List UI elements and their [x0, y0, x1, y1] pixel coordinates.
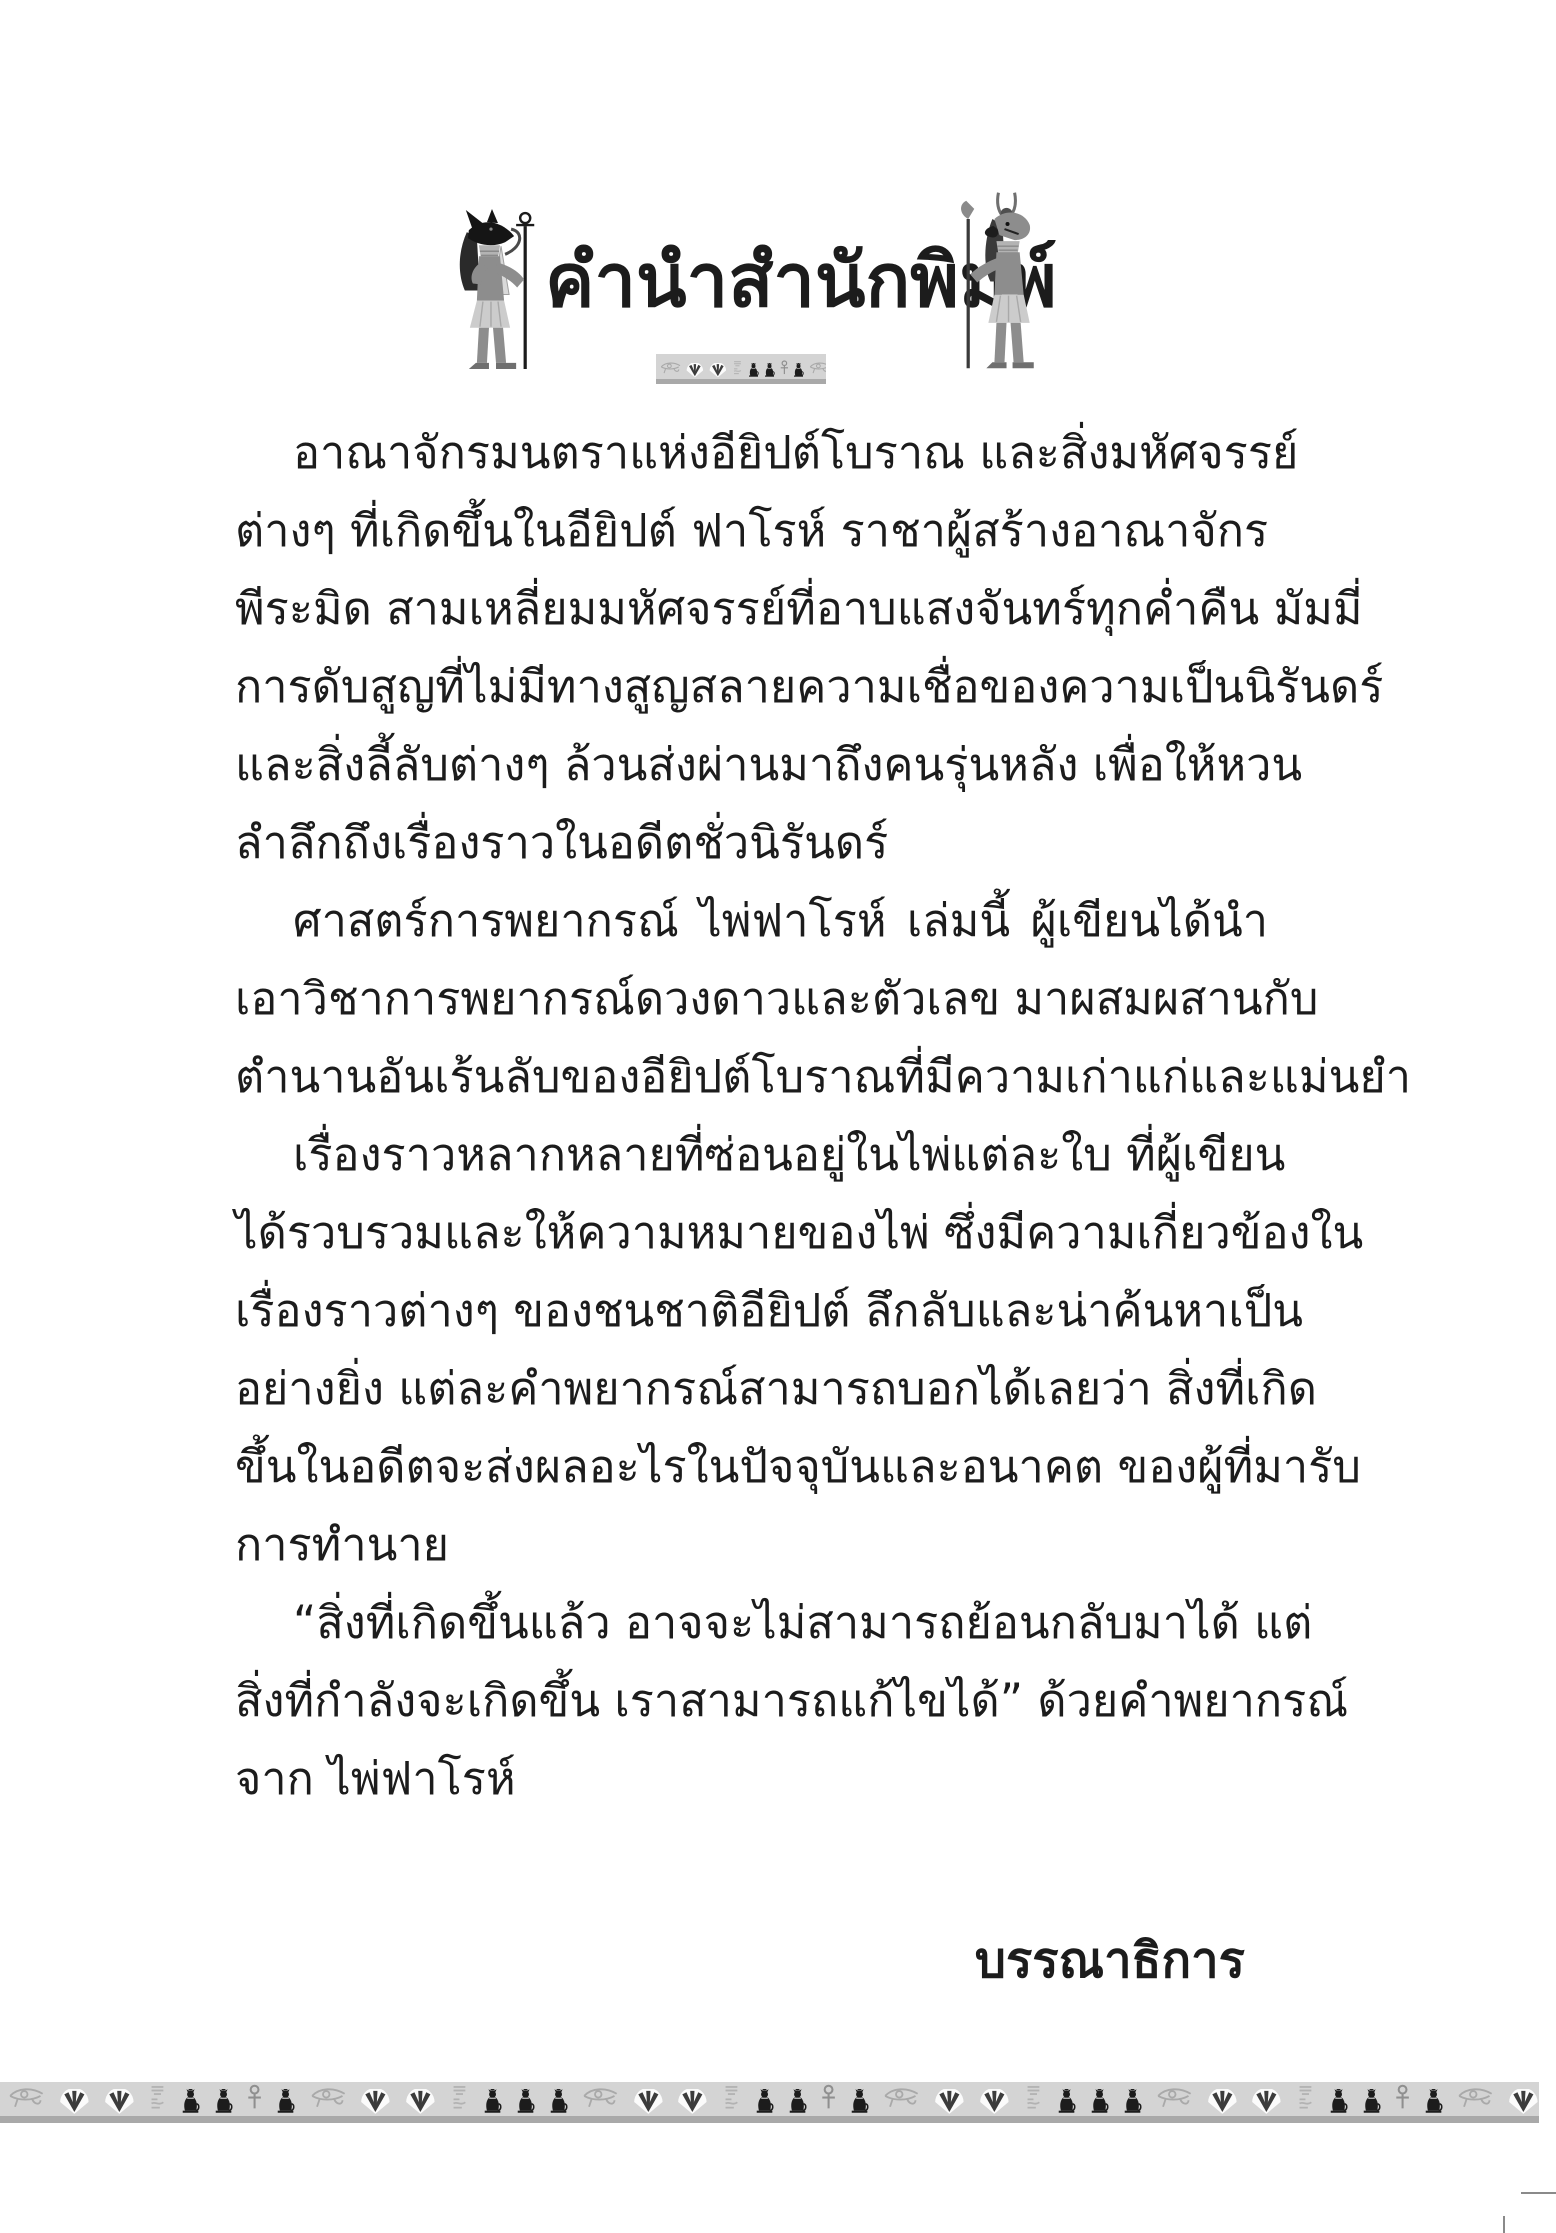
body-text-line: การทำนาย — [235, 1506, 1268, 1584]
cat-icon — [276, 2089, 295, 2115]
eye-icon — [883, 2084, 920, 2115]
glyphs-icon — [1296, 2084, 1315, 2115]
body-text-line: เอาวิชาการพยากรณ์ดวงดาวและตัวเลข มาผสมผส… — [235, 960, 1268, 1038]
cat-icon — [483, 2089, 502, 2115]
body-text-line: ศาสตร์การพยากรณ์ ไพ่ฟาโรห์ เล่มนี้ ผู้เข… — [235, 882, 1268, 960]
cat-icon — [1123, 2089, 1142, 2115]
body-text-line: อย่างยิ่ง แต่ละคำพยากรณ์สามารถบอกได้เลยว… — [235, 1350, 1268, 1428]
eye-icon — [809, 360, 826, 378]
fan-icon — [709, 363, 727, 378]
glyphs-icon — [1024, 2084, 1043, 2115]
ankh-icon — [780, 360, 789, 378]
cat-icon — [516, 2089, 535, 2115]
paragraph: ศาสตร์การพยากรณ์ ไพ่ฟาโรห์ เล่มนี้ ผู้เข… — [235, 882, 1268, 1116]
body-text-line: ต่างๆ ที่เกิดขึ้นในอียิปต์ ฟาโรห์ ราชาผู… — [235, 492, 1268, 570]
eye-icon — [1457, 2084, 1494, 2115]
fan-icon — [677, 2089, 708, 2115]
fan-icon — [686, 363, 704, 378]
ankh-icon — [821, 2084, 836, 2115]
title-ornament-strip — [656, 354, 826, 384]
fan-icon — [979, 2089, 1010, 2115]
glyphs-icon — [148, 2084, 167, 2115]
fan-icon — [59, 2089, 90, 2115]
cat-icon — [788, 2089, 807, 2115]
crop-mark-vertical — [1503, 2216, 1505, 2233]
body-text-line: เรื่องราวหลากหลายที่ซ่อนอยู่ในไพ่แต่ละใบ… — [235, 1116, 1268, 1194]
body-text-line: พีระมิด สามเหลี่ยมมหัศจรรย์ที่อาบแสงจันท… — [235, 570, 1268, 648]
cat-icon — [1090, 2089, 1109, 2115]
cat-icon — [755, 2089, 774, 2115]
paragraph: เรื่องราวหลากหลายที่ซ่อนอยู่ในไพ่แต่ละใบ… — [235, 1116, 1268, 1584]
crop-mark-horizontal — [1521, 2192, 1556, 2194]
glyphs-icon — [450, 2084, 469, 2115]
body-text-line: อาณาจักรมนตราแห่งอียิปต์โบราณ และสิ่งมหั… — [235, 414, 1268, 492]
body-text-line: ตำนานอันเร้นลับของอียิปต์โบราณที่มีความเ… — [235, 1038, 1268, 1116]
cat-icon — [1362, 2089, 1381, 2115]
body-text-line: ลำลึกถึงเรื่องราวในอดีตชั่วนิรันดร์ — [235, 804, 1268, 882]
horus-figure — [946, 188, 1062, 376]
ankh-icon — [247, 2084, 262, 2115]
cat-icon — [214, 2089, 233, 2115]
body-text-line: “สิ่งที่เกิดขึ้นแล้ว อาจจะไม่สามารถย้อนก… — [235, 1584, 1268, 1662]
eye-icon — [310, 2084, 347, 2115]
body-text-line: จาก ไพ่ฟาโรห์ — [235, 1740, 1268, 1818]
eye-icon — [660, 360, 681, 378]
page-title: คำนำสำนักพิมพ์ — [545, 244, 957, 318]
cat-icon — [549, 2089, 568, 2115]
paragraph: “สิ่งที่เกิดขึ้นแล้ว อาจจะไม่สามารถย้อนก… — [235, 1584, 1268, 1818]
eye-icon — [582, 2084, 619, 2115]
body-text: อาณาจักรมนตราแห่งอียิปต์โบราณ และสิ่งมหั… — [235, 414, 1268, 1818]
signature: บรรณาธิการ — [235, 1934, 1245, 1988]
ankh-icon — [1395, 2084, 1410, 2115]
body-text-line: เรื่องราวต่างๆ ของชนชาติอียิปต์ ลึกลับแล… — [235, 1272, 1268, 1350]
book-page: คำนำสำนักพิมพ์ อาณาจักรมนตร — [0, 0, 1556, 2233]
anubis-figure — [438, 208, 550, 374]
fan-icon — [934, 2089, 965, 2115]
fan-icon — [1508, 2089, 1539, 2115]
cat-icon — [793, 363, 804, 378]
cat-icon — [764, 363, 775, 378]
fan-icon — [360, 2089, 391, 2115]
horus-icon — [946, 188, 1062, 376]
fan-icon — [405, 2089, 436, 2115]
cat-icon — [1329, 2089, 1348, 2115]
body-text-line: ได้รวบรวมและให้ความหมายของไพ่ ซึ่งมีความ… — [235, 1194, 1268, 1272]
eye-icon — [8, 2084, 45, 2115]
cat-icon — [181, 2089, 200, 2115]
cat-icon — [850, 2089, 869, 2115]
fan-icon — [1207, 2089, 1238, 2115]
glyphs-icon — [722, 2084, 741, 2115]
body-text-line: และสิ่งลี้ลับต่างๆ ล้วนส่งผ่านมาถึงคนรุ่… — [235, 726, 1268, 804]
body-text-line: การดับสูญที่ไม่มีทางสูญสลายความเชื่อของค… — [235, 648, 1268, 726]
cat-icon — [748, 363, 759, 378]
body-text-line: ขึ้นในอดีตจะส่งผลอะไรในปัจจุบันและอนาคต … — [235, 1428, 1268, 1506]
fan-icon — [633, 2089, 664, 2115]
cat-icon — [1424, 2089, 1443, 2115]
anubis-icon — [438, 208, 550, 374]
fan-icon — [1251, 2089, 1282, 2115]
cat-icon — [1057, 2089, 1076, 2115]
paragraph: อาณาจักรมนตราแห่งอียิปต์โบราณ และสิ่งมหั… — [235, 414, 1268, 882]
fan-icon — [104, 2089, 135, 2115]
bottom-border-strip — [0, 2082, 1539, 2123]
eye-icon — [1156, 2084, 1193, 2115]
body-text-line: สิ่งที่กำลังจะเกิดขึ้น เราสามารถแก้ไขได้… — [235, 1662, 1268, 1740]
glyphs-icon — [732, 360, 743, 378]
